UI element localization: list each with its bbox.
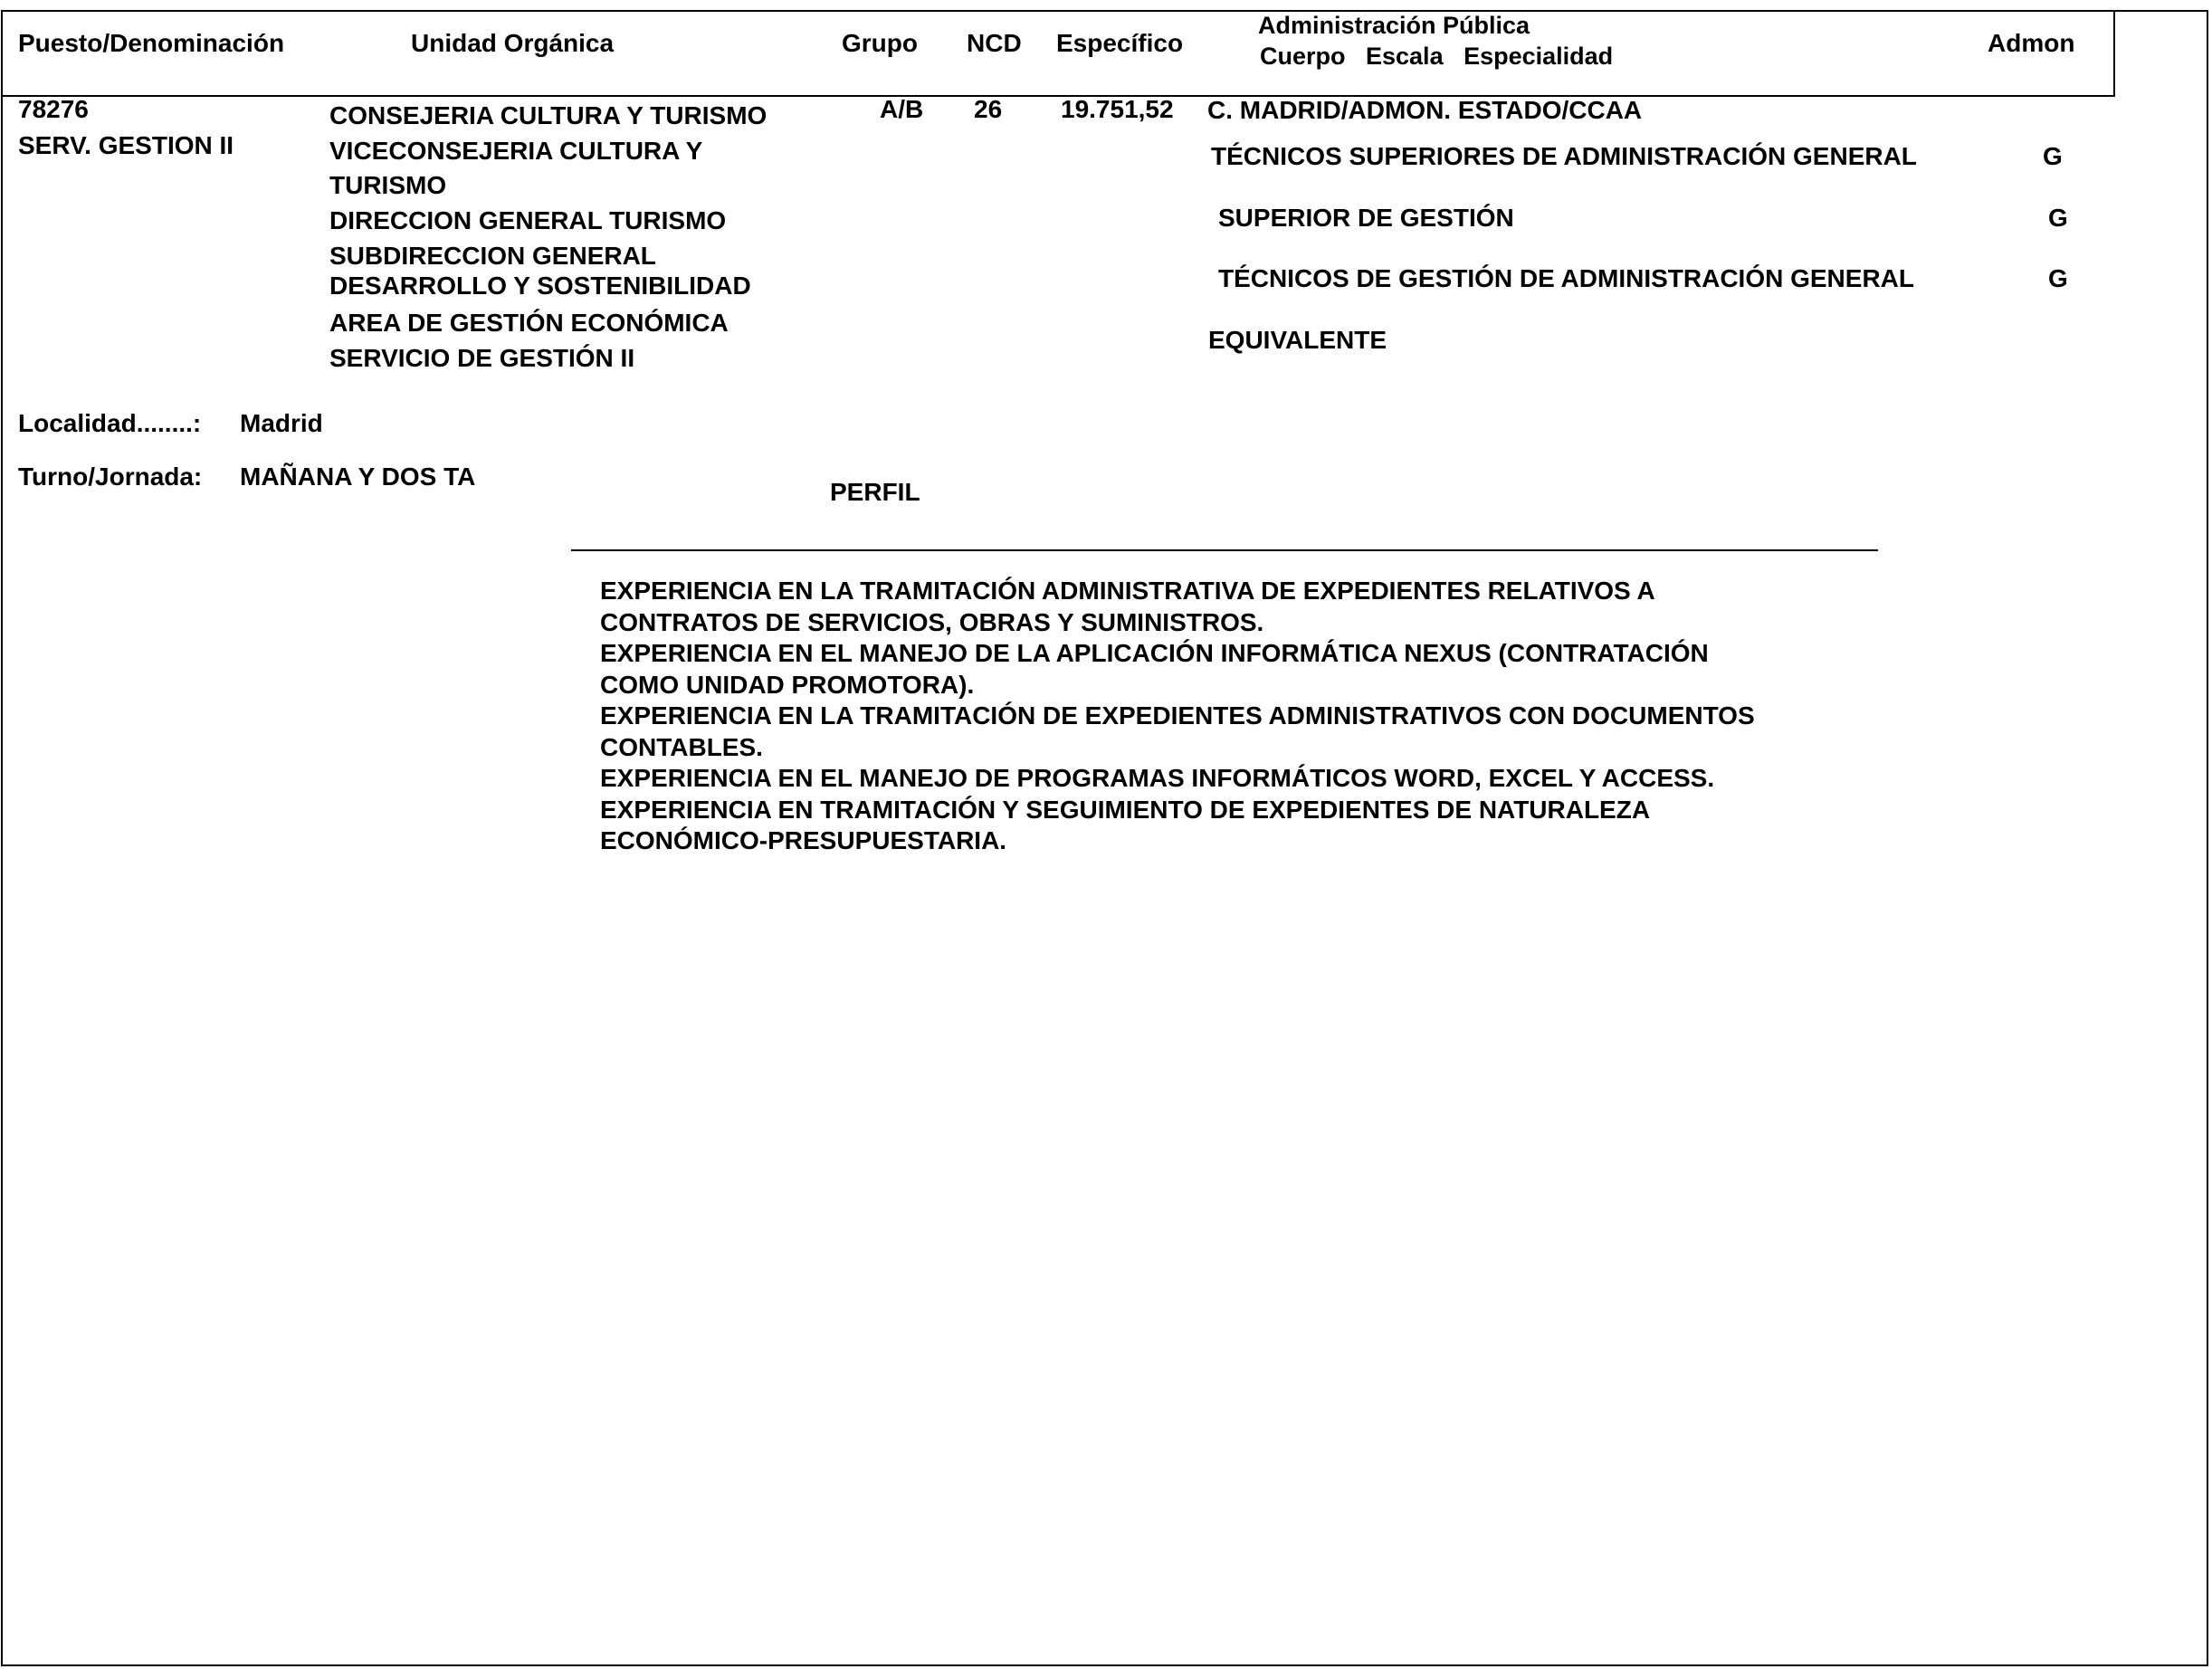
header-especifico: Específico (1056, 31, 1183, 56)
unidad-line: CONSEJERIA CULTURA Y TURISMO (329, 103, 767, 129)
cuerpo-name: SUPERIOR DE GESTIÓN (1218, 205, 1514, 231)
localidad-label: Localidad........: (18, 411, 201, 436)
perfil-line: EXPERIENCIA EN EL MANEJO DE PROGRAMAS IN… (600, 763, 1755, 795)
perfil-line: EXPERIENCIA EN TRAMITACIÓN Y SEGUIMIENTO… (600, 795, 1755, 826)
perfil-line: CONTABLES. (600, 732, 1755, 764)
perfil-line: EXPERIENCIA EN EL MANEJO DE LA APLICACIÓ… (600, 638, 1755, 670)
grupo-value: A/B (880, 97, 923, 122)
turno-label: Turno/Jornada: (18, 464, 202, 490)
unidad-line: SERVICIO DE GESTIÓN II (329, 346, 634, 371)
puesto-denominacion: SERV. GESTION II (18, 133, 234, 158)
header-unidad: Unidad Orgánica (411, 31, 614, 56)
cuerpo-admon: G (2043, 144, 2063, 169)
cuerpo-name: TÉCNICOS SUPERIORES DE ADMINISTRACIÓN GE… (1211, 144, 1917, 169)
unidad-line: TURISMO (329, 173, 446, 198)
header-admin-publica: Administración Pública (1258, 14, 1530, 38)
unidad-line: DIRECCION GENERAL TURISMO (329, 208, 726, 234)
administracion-value: C. MADRID/ADMON. ESTADO/CCAA (1207, 98, 1642, 123)
cuerpo-name: EQUIVALENTE (1208, 328, 1387, 353)
perfil-line: COMO UNIDAD PROMOTORA). (600, 670, 1755, 701)
turno-value: MAÑANA Y DOS TA (240, 464, 475, 490)
perfil-divider (571, 549, 1878, 551)
perfil-line: EXPERIENCIA EN LA TRAMITACIÓN ADMINISTRA… (600, 576, 1755, 607)
perfil-label: PERFIL (830, 480, 920, 505)
header-grupo: Grupo (842, 31, 918, 56)
unidad-line: VICECONSEJERIA CULTURA Y (329, 138, 702, 164)
cuerpo-name: TÉCNICOS DE GESTIÓN DE ADMINISTRACIÓN GE… (1218, 266, 1914, 291)
puesto-codigo: 78276 (18, 97, 89, 122)
ncd-value: 26 (974, 97, 1002, 122)
perfil-text: EXPERIENCIA EN LA TRAMITACIÓN ADMINISTRA… (600, 576, 1755, 857)
cuerpo-admon: G (2048, 205, 2068, 231)
localidad-value: Madrid (240, 411, 323, 436)
header-cuerpo-escala: Cuerpo Escala Especialidad (1260, 44, 1613, 69)
header-puesto: Puesto/Denominación (18, 31, 284, 56)
cuerpo-admon: G (2048, 266, 2068, 291)
header-ncd: NCD (967, 31, 1022, 56)
header-admon: Admon (1988, 31, 2074, 56)
especifico-value: 19.751,52 (1061, 97, 1174, 122)
unidad-line: SUBDIRECCION GENERAL (329, 243, 656, 269)
unidad-line: AREA DE GESTIÓN ECONÓMICA (329, 310, 729, 336)
perfil-line: ECONÓMICO-PRESUPUESTARIA. (600, 825, 1755, 857)
perfil-line: CONTRATOS DE SERVICIOS, OBRAS Y SUMINIST… (600, 607, 1755, 639)
unidad-line: DESARROLLO Y SOSTENIBILIDAD (329, 273, 751, 299)
perfil-line: EXPERIENCIA EN LA TRAMITACIÓN DE EXPEDIE… (600, 701, 1755, 732)
